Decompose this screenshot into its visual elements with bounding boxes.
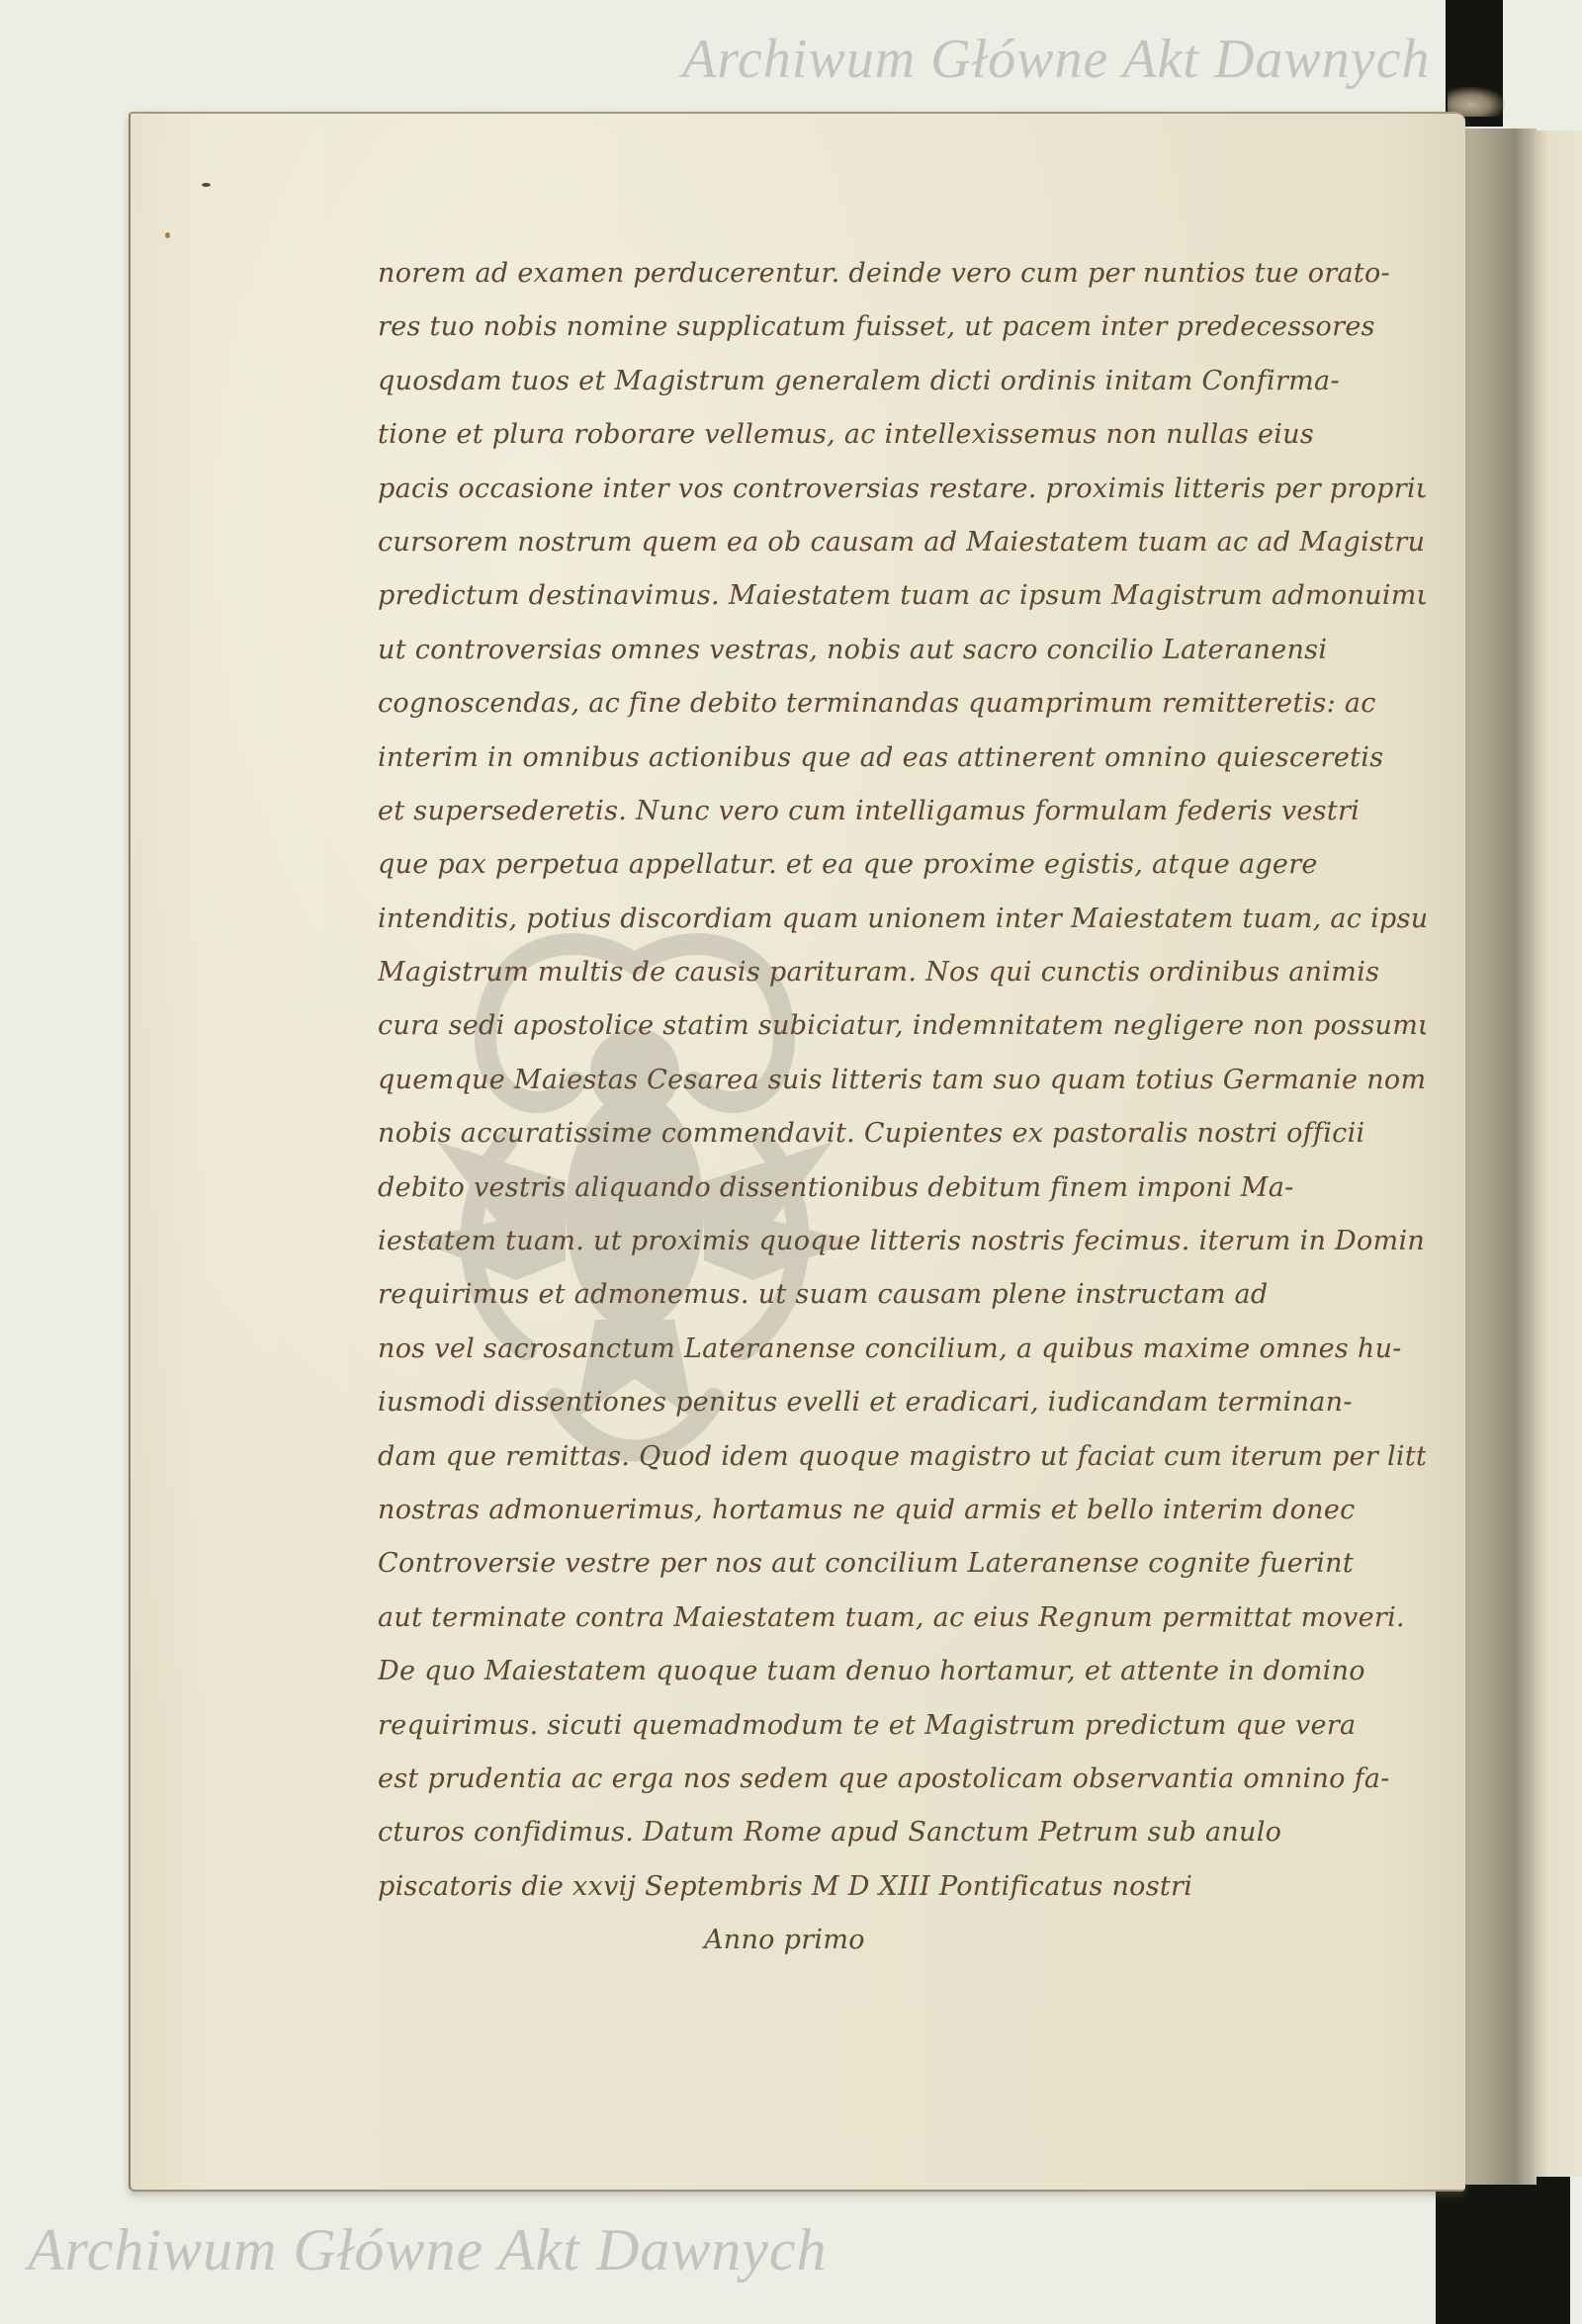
text-line: De quo Maiestatem quoque tuam denuo hort… <box>378 1645 1426 1698</box>
text-line: Magistrum multis de causis parituram. No… <box>378 946 1426 999</box>
text-line: requirimus. sicuti quemadmodum te et Mag… <box>378 1699 1426 1753</box>
text-line: predictum destinavimus. Maiestatem tuam … <box>378 569 1426 623</box>
text-line: ut controversias omnes vestras, nobis au… <box>378 624 1426 677</box>
text-line: nos vel sacrosanctum Lateranense concili… <box>378 1323 1426 1376</box>
binding-tape-bottom <box>1436 2170 1570 2324</box>
text-line: dam que remittas. Quod idem quoque magis… <box>378 1430 1426 1484</box>
text-line: norem ad examen perducerentur. deinde ve… <box>378 247 1426 301</box>
text-line: quemque Maiestas Cesarea suis litteris t… <box>378 1054 1426 1107</box>
text-line: Controversie vestre per nos aut conciliu… <box>378 1537 1426 1591</box>
text-line: nostras admonuerimus, hortamus ne quid a… <box>378 1484 1426 1537</box>
archive-watermark-top: Archiwum Główne Akt Dawnych <box>682 28 1430 91</box>
text-line: cognoscendas, ac fine debito terminandas… <box>378 677 1426 731</box>
text-line: res tuo nobis nomine supplicatum fuisset… <box>378 301 1426 354</box>
text-line: tione et plura roborare vellemus, ac int… <box>378 408 1426 462</box>
manuscript-text: norem ad examen perducerentur. deinde ve… <box>378 247 1426 1968</box>
text-line: debito vestris aliquando dissentionibus … <box>378 1162 1426 1215</box>
text-line: iusmodi dissentiones penitus evelli et e… <box>378 1376 1426 1429</box>
text-line: et supersederetis. Nunc vero cum intelli… <box>378 785 1426 838</box>
text-line: requirimus et admonemus. ut suam causam … <box>378 1268 1426 1322</box>
text-line: cturos confidimus. Datum Rome apud Sanct… <box>378 1806 1426 1859</box>
text-line: interim in omnibus actionibus que ad eas… <box>378 732 1426 785</box>
adjacent-page-edge <box>1535 130 1582 2177</box>
text-line: aut terminate contra Maiestatem tuam, ac… <box>378 1592 1426 1645</box>
book-gutter-shadow <box>1463 129 1537 2185</box>
text-line: est prudentia ac erga nos sedem que apos… <box>378 1753 1426 1806</box>
text-line: que pax perpetua appellatur. et ea que p… <box>378 838 1426 892</box>
text-line: quosdam tuos et Magistrum generalem dict… <box>378 355 1426 408</box>
ink-speck <box>165 232 170 238</box>
binding-tape-top <box>1446 0 1503 127</box>
text-line: pacis occasione inter vos controversias … <box>378 463 1426 516</box>
ink-speck <box>202 183 211 187</box>
text-line: iestatem tuam. ut proximis quoque litter… <box>378 1215 1426 1268</box>
text-line: nobis accuratissime commendavit. Cupient… <box>378 1107 1426 1161</box>
text-line: piscatoris die xxvij Septembris M D XIII… <box>378 1860 1426 1914</box>
text-line: cura sedi apostolice statim subiciatur, … <box>378 999 1426 1053</box>
text-line: intenditis, potius discordiam quam union… <box>378 893 1426 946</box>
archive-watermark-bottom: Archiwum Główne Akt Dawnych <box>28 2216 828 2284</box>
manuscript-page: norem ad examen perducerentur. deinde ve… <box>129 112 1465 2192</box>
text-line: cursorem nostrum quem ea ob causam ad Ma… <box>378 516 1426 569</box>
text-line-closing: Anno primo <box>378 1914 1426 1967</box>
